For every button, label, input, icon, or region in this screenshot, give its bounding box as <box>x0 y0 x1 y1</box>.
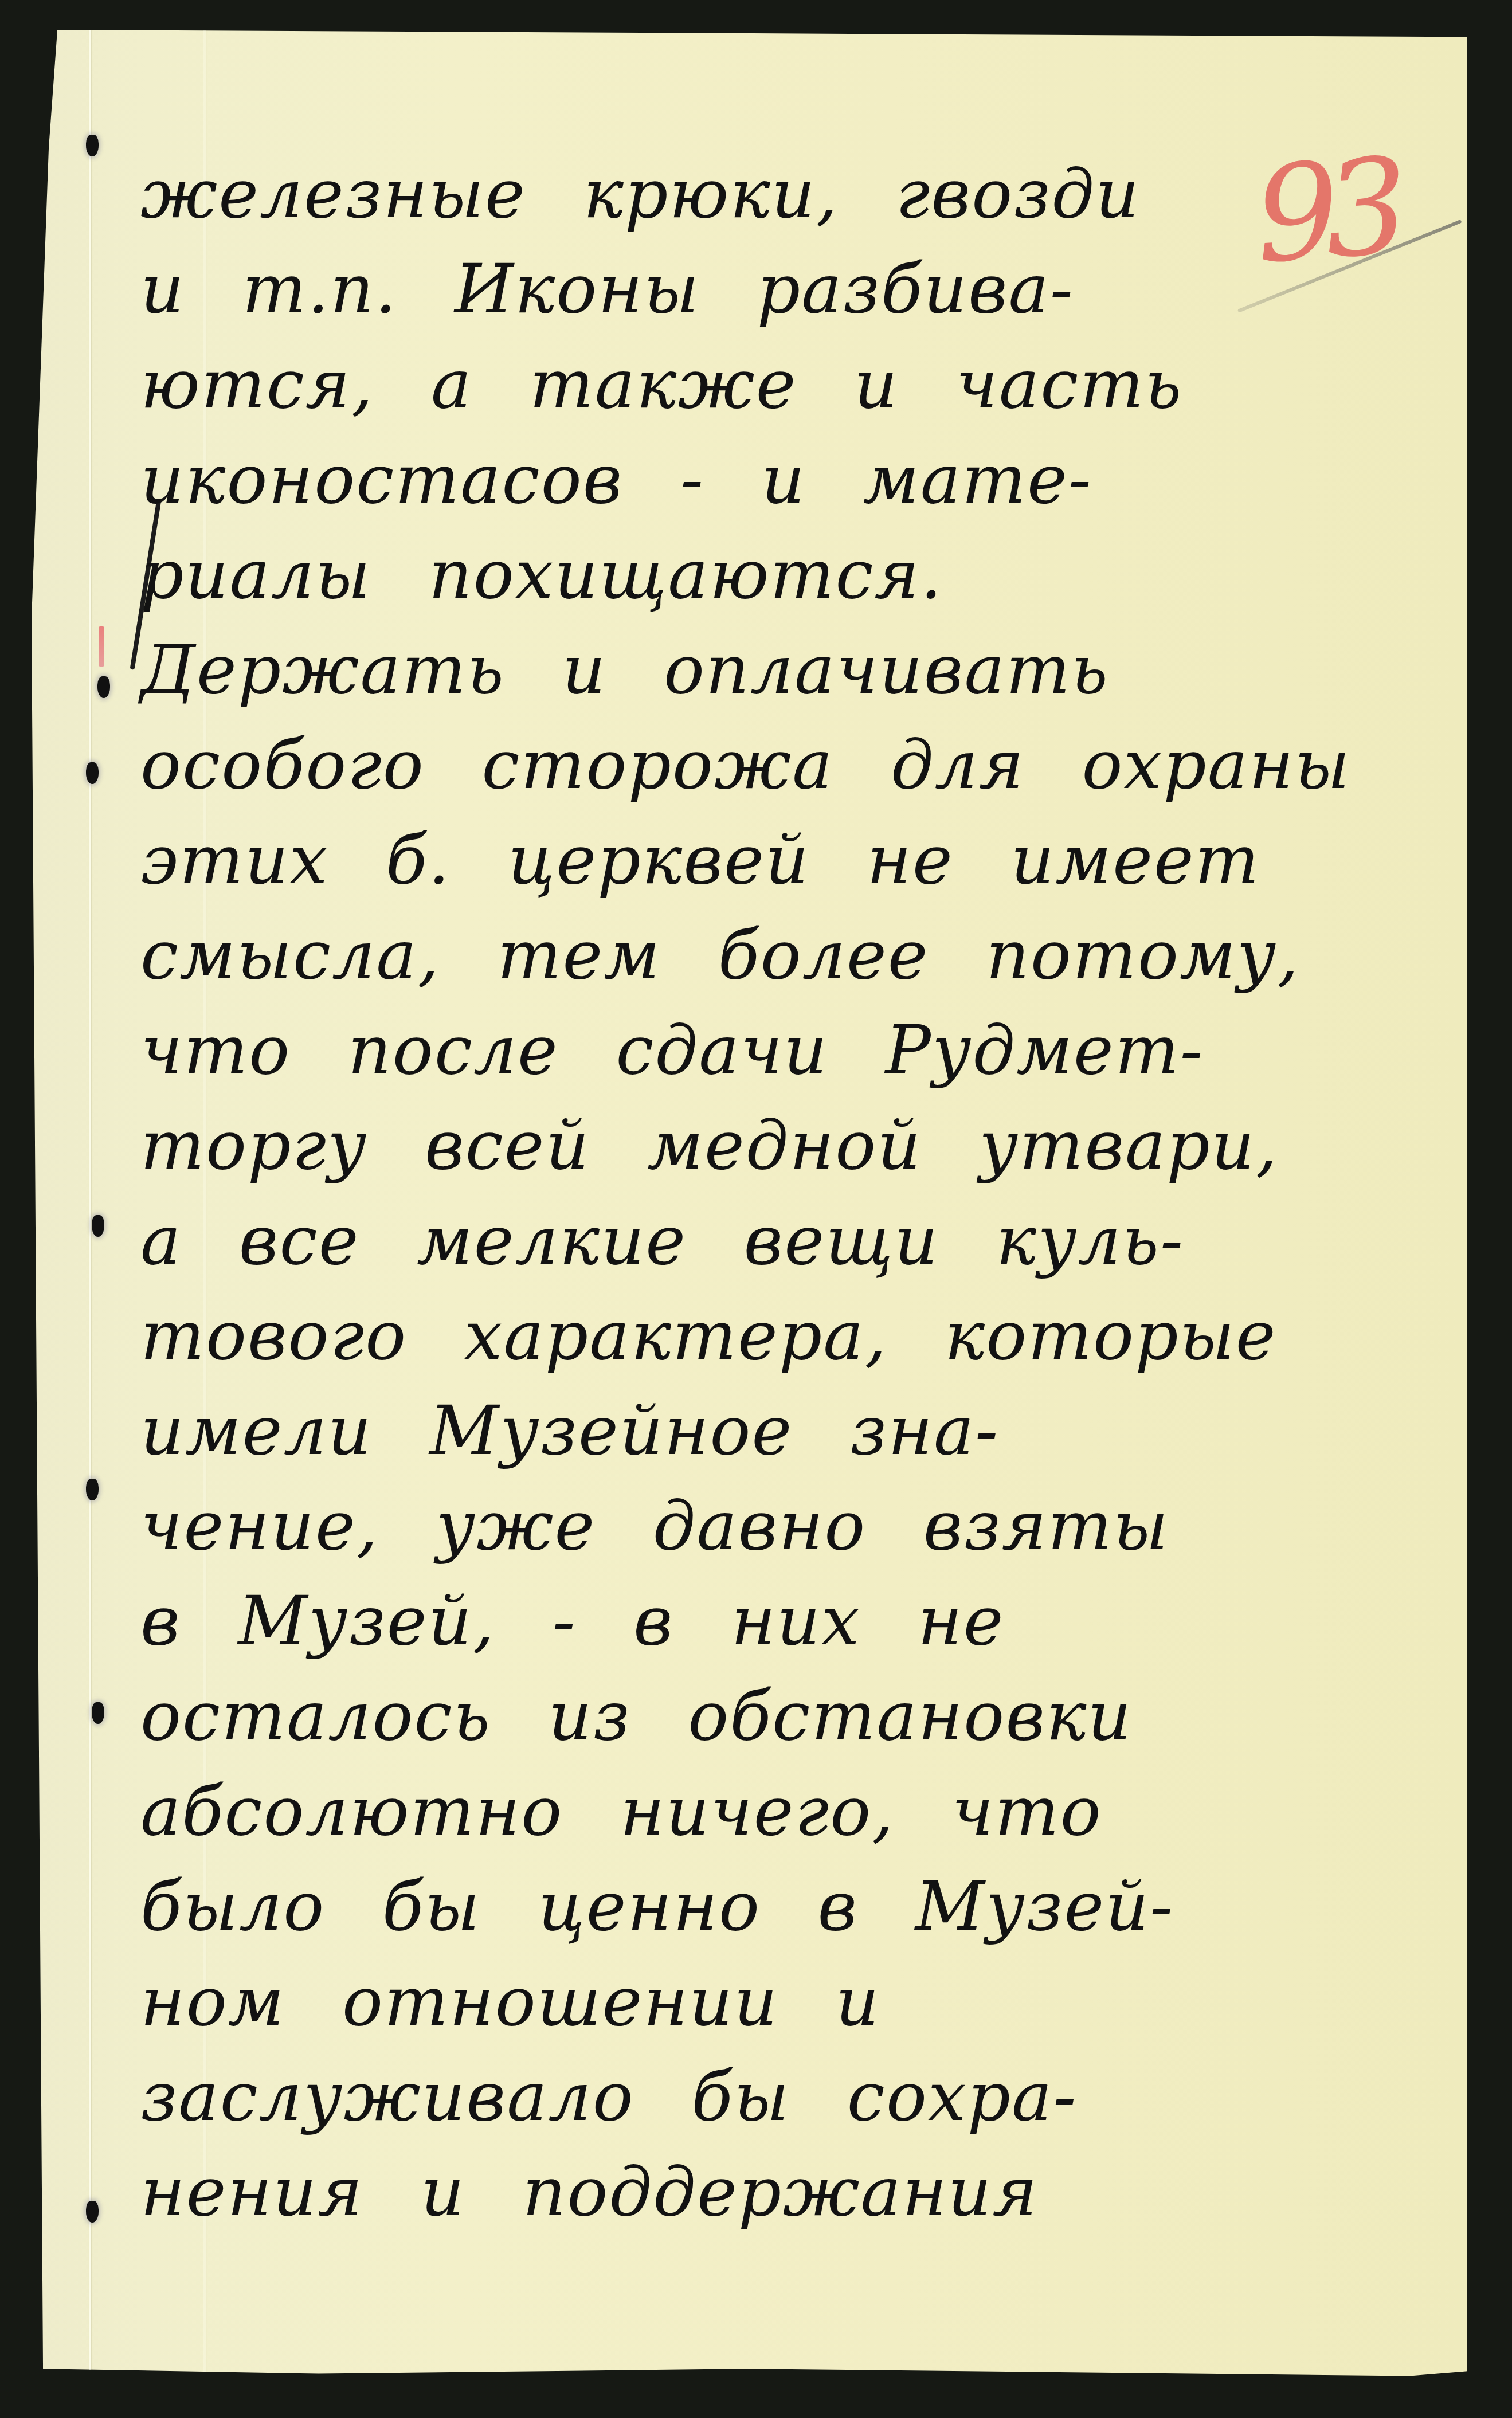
paper-fold-line <box>89 30 91 2385</box>
text-line: тового характера, которые <box>140 1288 1430 1383</box>
text-line: осталось из обстановки <box>140 1668 1430 1763</box>
text-line: заслуживало бы сохра- <box>140 2049 1430 2144</box>
text-line: Держать и оплачивать <box>140 622 1430 717</box>
text-line: железные крюки, гвозди <box>140 146 1430 241</box>
margin-red-pencil-mark <box>99 626 104 667</box>
text-line: в Музей, - в них не <box>140 1573 1430 1668</box>
text-line: иконостасов - и мате- <box>140 432 1430 527</box>
text-line: риалы похищаются. <box>140 527 1430 622</box>
text-line: и т.п. Иконы разбива- <box>140 241 1430 336</box>
text-line: нения и поддержания <box>140 2144 1430 2239</box>
text-line: чение, уже давно взяты <box>140 1478 1430 1573</box>
handwritten-text: железные крюки, гвозди и т.п. Иконы разб… <box>140 146 1430 2239</box>
text-line: а все мелкие вещи куль- <box>140 1193 1430 1288</box>
binding-hole <box>86 762 99 784</box>
binding-hole <box>86 1479 99 1500</box>
text-line: что после сдачи Рудмет- <box>140 1002 1430 1098</box>
text-line: этих б. церквей не имеет <box>140 812 1430 907</box>
text-line: смысла, тем более потому, <box>140 907 1430 1002</box>
binding-hole <box>86 135 99 156</box>
text-line: имели Музейное зна- <box>140 1383 1430 1478</box>
text-line: особого сторожа для охраны <box>140 717 1430 812</box>
text-line: ном отношении и <box>140 1954 1430 2049</box>
binding-hole <box>86 2201 99 2223</box>
binding-hole <box>97 676 110 698</box>
text-line: торгу всей медной утвари, <box>140 1098 1430 1193</box>
text-line: абсолютно ничего, что <box>140 1763 1430 1859</box>
binding-hole <box>92 1215 104 1237</box>
text-line: ются, а также и часть <box>140 336 1430 432</box>
text-line: было бы ценно в Музей- <box>140 1859 1430 1954</box>
binding-hole <box>92 1702 104 1724</box>
